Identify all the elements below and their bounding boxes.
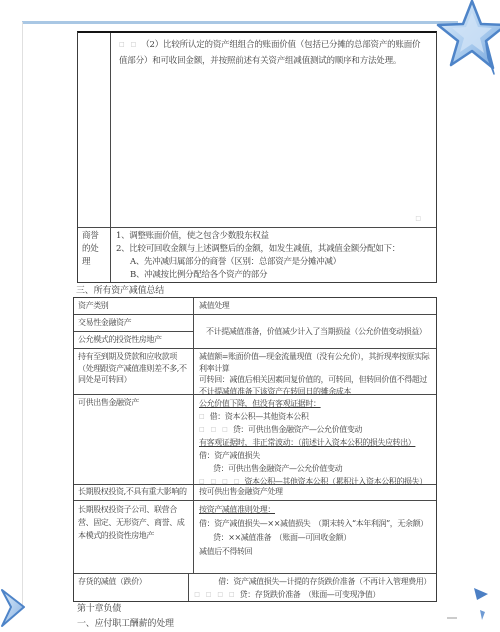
cell-htm-loans: 持有至到期及贷款和应收款项（处理跟资产减值准则差不多,不同处是可转回） <box>74 349 194 394</box>
star-icon <box>428 0 500 78</box>
text-line: 减值后不得转回 <box>199 545 431 559</box>
star-fragment-icon <box>472 586 494 630</box>
page-left-edge <box>22 22 23 607</box>
table-row: 可供出售金融资产 公允价值下降，但没有客观证据时：□借：资本公积—其他资本公积□… <box>74 395 436 485</box>
table-cell: □ □（2）比较所认定的资产组组合的账面价值（包括已分摊的总部资产的账面价值部分… <box>111 33 436 227</box>
text-line: B、冲减按比例分配给各个资产的部分 <box>116 269 431 282</box>
dash-mark <box>447 617 457 619</box>
column-header-asset-type: 资产类别 <box>74 298 194 314</box>
table-row: 商誉的处理 1、调整账面价值，使之包含少数股东权益2、比较可回收金额与上述调整后… <box>78 228 436 282</box>
table-cell: 按资产减值准则处理：借：资产减值损失—××减值损失 （期末转入“本年利润”，无余… <box>194 501 436 573</box>
text-line: 贷：××减值准备 （账面—可回收金额） <box>199 531 431 545</box>
stacked-cells: 交易性金融资产 公允模式的投资性房地产 <box>74 315 194 348</box>
table-cell: 1、调整账面价值，使之包含少数股东权益2、比较可回收金额与上述调整后的金额，如发… <box>111 228 436 282</box>
text-line: 有客观证据时，非正常波动：（前述计入资本公积的损失应转出） <box>199 436 431 449</box>
text-line: 按资产减值准则处理： <box>199 503 431 517</box>
text-line: 公允价值下降，但没有客观证据时： <box>199 397 431 410</box>
cell-lt-equity-subsidiaries: 长期股权投资子公司、联营合营、固定、无形资产、商誉、成本模式的投资性房地产 <box>74 501 194 573</box>
goodwill-table: □ □（2）比较所认定的资产组组合的账面价值（包括已分摊的总部资产的账面价值部分… <box>77 31 437 283</box>
table-cell: 按可供出售金融资产处理 <box>194 485 436 500</box>
table-row: □ □（2）比较所认定的资产组组合的账面价值（包括已分摊的总部资产的账面价值部分… <box>78 33 436 228</box>
text-line: A、先冲减归属部分的商誉（区别：总部资产是分摊冲减） <box>116 256 431 269</box>
table-header-row: 资产类别 减值处理 <box>74 298 436 315</box>
table-row: 长期股权投资,不具有重大影响的 按可供出售金融资产处理 <box>74 485 436 501</box>
text-line: 借：资产减值损失—计提的存货跌价准备（不再计入管理费用） <box>194 576 431 589</box>
table-cell: 减值额=账面价值—现金流量现值（没有公允价），其折现率按原实际利率计算可转回：减… <box>194 349 436 394</box>
paragraph-mark: □ □ □ <box>199 426 230 433</box>
cell-afs-assets: 可供出售金融资产 <box>74 395 194 484</box>
table-row: 存货的减值（跌价） 借：资产减值损失—计提的存货跌价准备（不再计入管理费用）□ … <box>74 574 436 601</box>
row-header-goodwill: 商誉的处理 <box>78 228 111 282</box>
cell-fv-investment-property: 公允模式的投资性房地产 <box>74 332 193 348</box>
impairment-summary-table: 资产类别 减值处理 交易性金融资产 公允模式的投资性房地产 不计提减值准备，价值… <box>73 297 437 602</box>
chapter-heading: 第十章负债 <box>77 601 121 614</box>
text-line: 2、比较可回收金额与上述调整后的金额，如发生减值，其减值金额分配如下： <box>116 243 431 256</box>
table-row: 交易性金融资产 公允模式的投资性房地产 不计提减值准备，价值减少计入了当期损益（… <box>74 315 436 349</box>
text-line: 借：资产减值损失—××减值损失 （期末转入“本年利润”，无余额） <box>199 517 431 531</box>
text-line: 贷：可供出售金融资产—公允价值变动 <box>199 462 431 475</box>
text-line: 1、调整账面价值，使之包含少数股东权益 <box>116 230 431 243</box>
cell-trading-assets: 交易性金融资产 <box>74 315 193 332</box>
paragraph-mark: □ <box>199 413 207 420</box>
text-line: □ □ □贷：可供出售金融资产—公允价值变动 <box>199 423 431 436</box>
table-cell-empty <box>78 33 111 227</box>
merged-cell: 不计提减值准备，价值减少计入了当期损益（公允价值变动损益） <box>194 315 436 348</box>
page-top-border <box>22 21 458 24</box>
table-row: 持有至到期及贷款和应收款项（处理跟资产减值准则差不多,不同处是可转回） 减值额=… <box>74 349 436 395</box>
table-cell: 公允价值下降，但没有客观证据时：□借：资本公积—其他资本公积□ □ □贷：可供出… <box>194 395 436 484</box>
paragraph: □ □（2）比较所认定的资产组组合的账面价值（包括已分摊的总部资产的账面价值部分… <box>116 35 431 69</box>
section-heading: 三、所有资产减值总结 <box>76 283 164 296</box>
text-line: 可转回：减值后相关因素回复价值的，可转回，但转回价值不得超过不计提减值准备下该资… <box>199 374 431 397</box>
document-page: □ □（2）比较所认定的资产组组合的账面价值（包括已分摊的总部资产的账面价值部分… <box>0 0 500 632</box>
paragraph-text: （2）比较所认定的资产组组合的账面价值（包括已分摊的总部资产的账面价值部分）和可… <box>119 40 420 66</box>
list-item-heading: 一、应付职工酬薪的处理 <box>77 616 174 629</box>
cell-lt-equity-no-influence: 长期股权投资,不具有重大影响的 <box>74 485 194 500</box>
paragraph-mark: □ □ <box>119 41 138 48</box>
chevron-right-icon <box>1 588 27 630</box>
paragraph-mark: □ □ □ □ <box>199 478 241 485</box>
text-line: □借：资本公积—其他资本公积 <box>199 410 431 423</box>
table-row: 长期股权投资子公司、联营合营、固定、无形资产、商誉、成本模式的投资性房地产 按资… <box>74 501 436 574</box>
paragraph-mark: □ <box>415 215 421 222</box>
paragraph-mark: □ □ □ □ <box>194 591 236 598</box>
text-line: 借：资产减值损失 <box>199 449 431 462</box>
text-line: 减值额=账面价值—现金流量现值（没有公允价），其折现率按原实际利率计算 <box>199 351 431 374</box>
text-line: □ □ □ □贷：存货跌价准备 （账面—可变现净值） <box>194 589 431 602</box>
table-cell: 借：资产减值损失—计提的存货跌价准备（不再计入管理费用）□ □ □ □贷：存货跌… <box>189 574 436 601</box>
cell-inventory-decline: 存货的减值（跌价） <box>74 574 189 601</box>
column-header-treatment: 减值处理 <box>194 298 436 314</box>
